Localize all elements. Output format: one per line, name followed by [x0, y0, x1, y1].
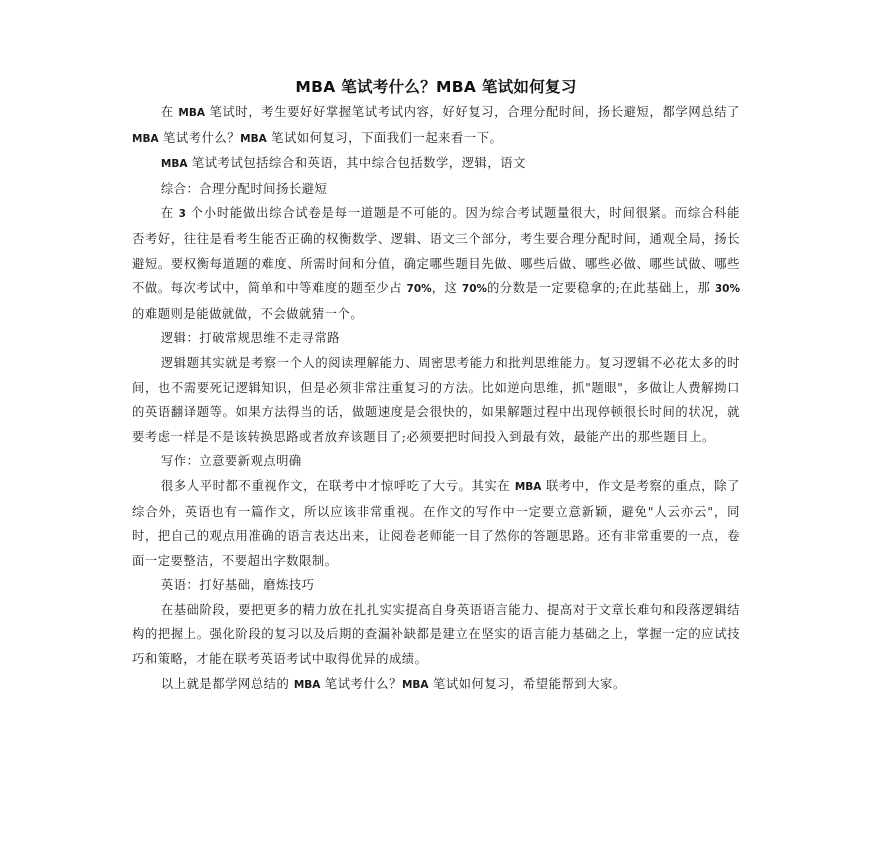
english-paragraph: 在基础阶段，要把更多的精力放在扎扎实实提高自身英语语言能力、提高对于文章长难句和…: [132, 598, 740, 672]
text-segment-bold: 3: [179, 208, 186, 220]
intro-paragraph: 在 MBA 笔试时，考生要好好掌握笔试考试内容，好好复习，合理分配时间，扬长避短…: [132, 100, 740, 151]
text-segment: 笔试考什么？: [320, 677, 402, 691]
closing-paragraph: 以上就是都学网总结的 MBA 笔试考什么？MBA 笔试如何复习，希望能帮到大家。: [132, 672, 740, 698]
text-segment: 在: [161, 206, 179, 220]
title-segment: MBA: [436, 78, 476, 96]
text-segment-bold: 30%: [715, 283, 740, 295]
text-segment: 笔试如何复习，下面我们一起来看一下。: [267, 131, 503, 145]
text-segment: 在: [161, 105, 179, 119]
text-segment-bold: MBA: [240, 133, 267, 145]
text-segment-bold: MBA: [515, 481, 542, 493]
text-segment: 笔试如何复习，希望能帮到大家。: [429, 677, 626, 691]
section-heading-writing: 写作：立意要新观点明确: [132, 449, 740, 474]
text-segment-bold: 70%: [407, 283, 432, 295]
text-segment-bold: 70%: [462, 283, 487, 295]
overview-paragraph: MBA 笔试考试包括综合和英语，其中综合包括数学，逻辑，语文: [132, 151, 740, 177]
title-segment: 笔试考什么？: [336, 78, 437, 96]
text-segment-bold: MBA: [294, 679, 321, 691]
text-segment: 的难题则是能做就做，不会做就猜一个。: [132, 307, 363, 321]
text-segment-bold: MBA: [132, 133, 159, 145]
title-segment: 笔试如何复习: [476, 78, 577, 96]
logic-paragraph: 逻辑题其实就是考察一个人的阅读理解能力、周密思考能力和批判思维能力。复习逻辑不必…: [132, 351, 740, 449]
text-segment: 以上就是都学网总结的: [161, 677, 294, 691]
text-segment: 笔试考什么？: [159, 131, 241, 145]
text-segment: 的分数是一定要稳拿的;在此基础上，那: [487, 281, 715, 295]
text-segment-bold: MBA: [402, 679, 429, 691]
text-segment: ，这: [432, 281, 462, 295]
text-segment: 笔试考试包括综合和英语，其中综合包括数学，逻辑，语文: [187, 156, 525, 170]
document-title: MBA 笔试考什么？MBA 笔试如何复习: [132, 75, 740, 99]
section-heading-logic: 逻辑：打破常规思维不走寻常路: [132, 326, 740, 351]
section-heading-comprehensive: 综合：合理分配时间扬长避短: [132, 177, 740, 202]
comprehensive-paragraph: 在 3 个小时能做出综合试卷是每一道题是不可能的。因为综合考试题量很大，时间很紧…: [132, 201, 740, 326]
text-segment-bold: MBA: [178, 107, 205, 119]
document-page: MBA 笔试考什么？MBA 笔试如何复习 在 MBA 笔试时，考生要好好掌握笔试…: [132, 75, 740, 697]
text-segment-bold: MBA: [161, 158, 188, 170]
writing-paragraph: 很多人平时都不重视作文，在联考中才惊呼吃了大亏。其实在 MBA 联考中，作文是考…: [132, 474, 740, 573]
title-segment: MBA: [295, 78, 335, 96]
section-heading-english: 英语：打好基础，磨炼技巧: [132, 573, 740, 598]
text-segment: 笔试时，考生要好好掌握笔试考试内容，好好复习，合理分配时间，扬长避短，都学网总结…: [205, 105, 740, 119]
text-segment: 很多人平时都不重视作文，在联考中才惊呼吃了大亏。其实在: [161, 479, 515, 493]
